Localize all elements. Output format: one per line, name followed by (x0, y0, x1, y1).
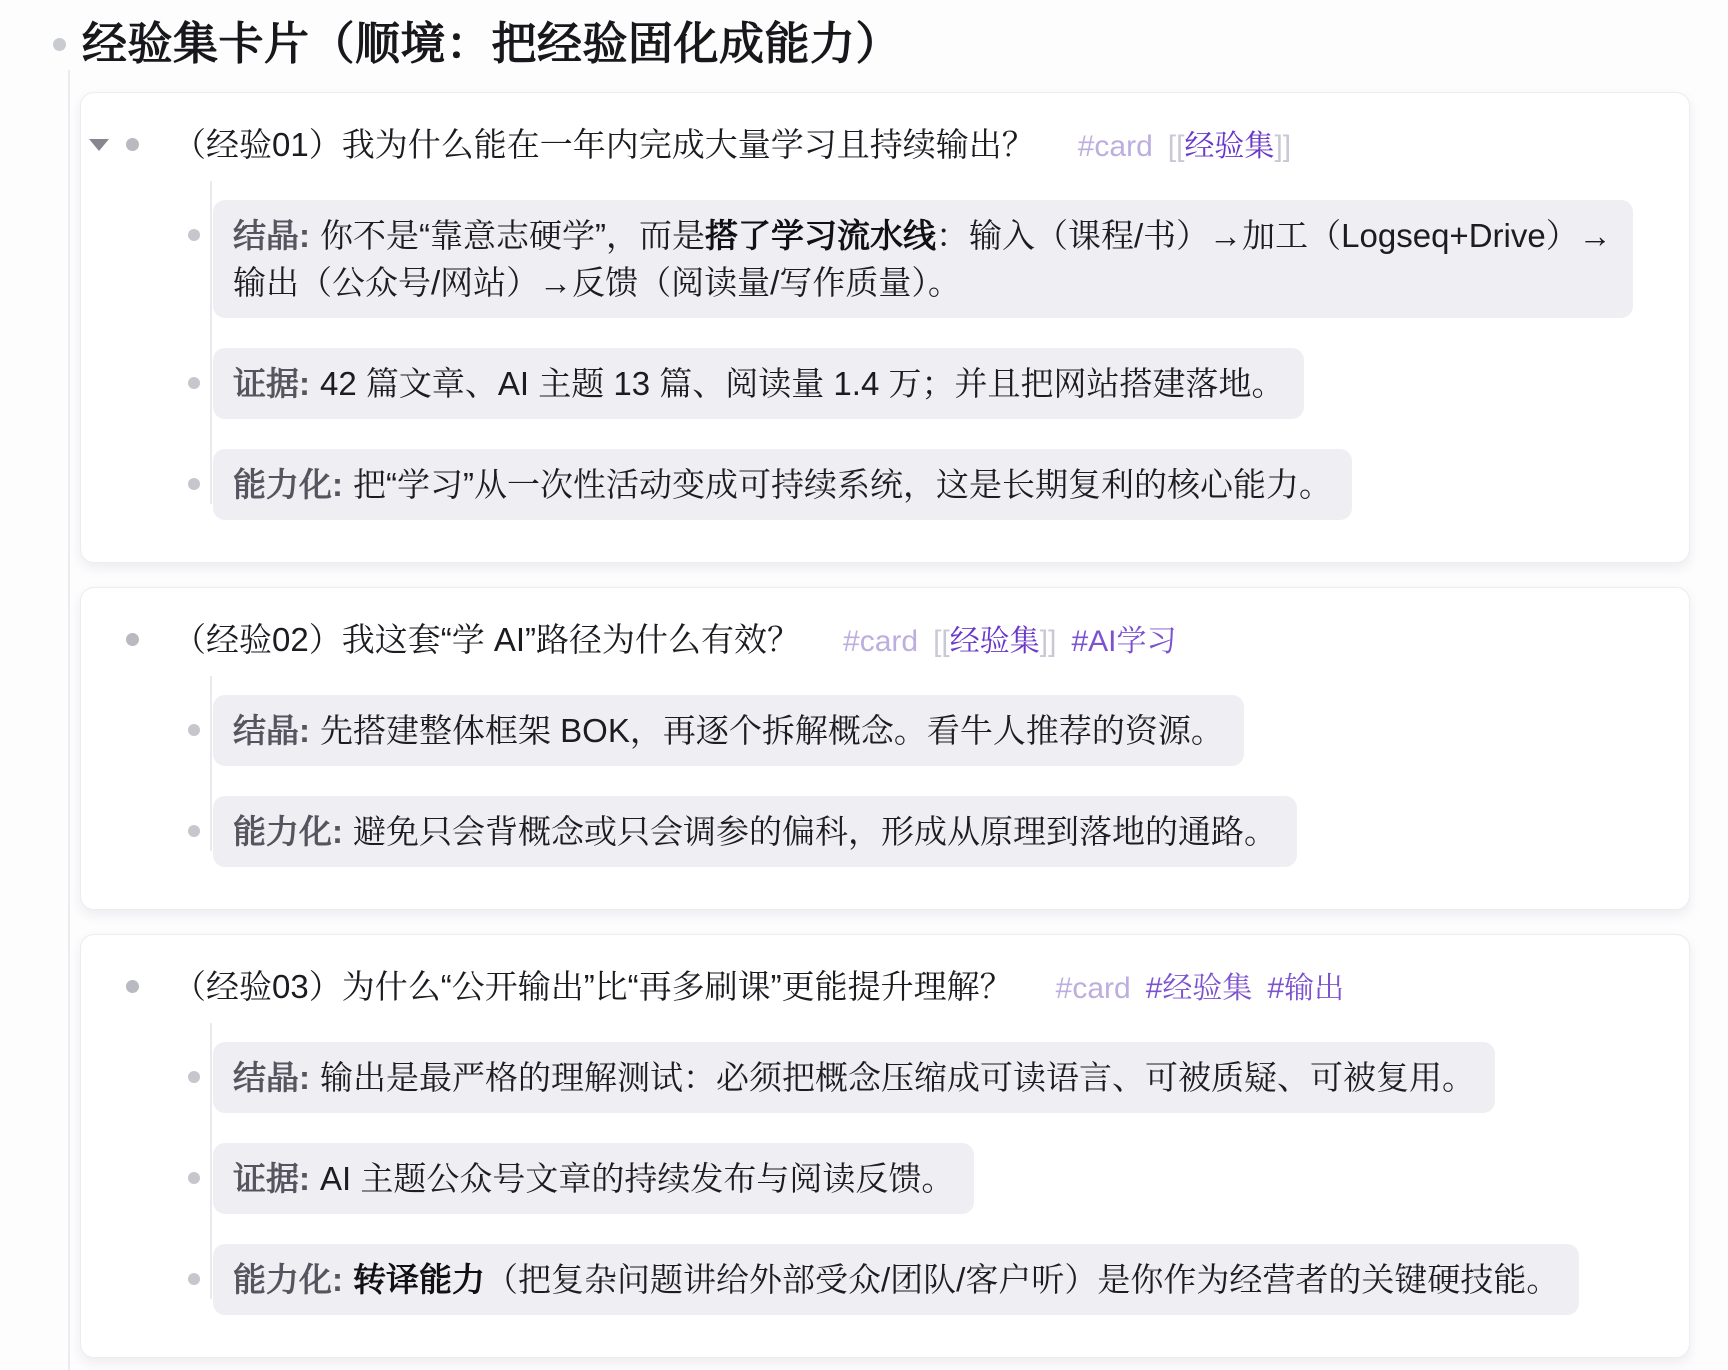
highlight-block[interactable]: 证据:AI 主题公众号文章的持续发布与阅读反馈。 (213, 1143, 974, 1214)
bullet-icon[interactable] (188, 1273, 200, 1285)
sub-block: 证据:42 篇文章、AI 主题 13 篇、阅读量 1.4 万；并且把网站搭建落地… (81, 348, 1689, 419)
tag-card[interactable]: #card (1056, 972, 1131, 1005)
block-guide-line (210, 181, 212, 504)
block-label: 证据: (233, 365, 310, 402)
bullet-icon[interactable] (188, 478, 200, 490)
bullet-slot (181, 229, 207, 241)
card-question: （经验02）我这套“学 AI”路径为什么有效？ (173, 621, 800, 658)
card-header-block[interactable]: （经验02）我这套“学 AI”路径为什么有效？#card[[经验集]]#AI学习 (81, 612, 1689, 665)
block-text: 把“学习”从一次性活动变成可持续系统，这是长期复利的核心能力。 (353, 466, 1332, 503)
bullet-icon[interactable] (188, 377, 200, 389)
open-brackets: [[ (933, 625, 950, 658)
bullet-icon[interactable] (53, 38, 66, 51)
highlight-block[interactable]: 结晶:输出是最严格的理解测试：必须把概念压缩成可读语言、可被质疑、可被复用。 (213, 1042, 1495, 1113)
highlight-block[interactable]: 能力化:避免只会背概念或只会调参的偏科，形成从原理到落地的通路。 (213, 796, 1297, 867)
card-question: （经验01）我为什么能在一年内完成大量学习且持续输出？ (173, 126, 1035, 163)
block-label: 结晶: (233, 712, 310, 749)
highlight-block[interactable]: 能力化:把“学习”从一次性活动变成可持续系统，这是长期复利的核心能力。 (213, 449, 1352, 520)
card-question: （经验03）为什么“公开输出”比“再多刷课”更能提升理解？ (173, 968, 1013, 1005)
block-label: 能力化: (233, 466, 343, 503)
block-guide-line (210, 676, 212, 851)
collapse-arrow-icon[interactable] (89, 139, 109, 151)
open-brackets: [[ (1168, 130, 1185, 163)
tag-link[interactable]: #输出 (1267, 972, 1344, 1005)
bullet-icon[interactable] (126, 980, 139, 993)
bullet-slot (181, 1172, 207, 1184)
block-text: 避免只会背概念或只会调参的偏科，形成从原理到落地的通路。 (353, 813, 1277, 850)
collapse-arrow-slot (81, 121, 117, 168)
close-brackets: ]] (1274, 130, 1291, 163)
sub-block: 证据:AI 主题公众号文章的持续发布与阅读反馈。 (81, 1143, 1689, 1214)
bullet-icon[interactable] (188, 229, 200, 241)
block-text: 42 篇文章、AI 主题 13 篇、阅读量 1.4 万；并且把网站搭建落地。 (320, 365, 1284, 402)
bullet-slot (117, 616, 147, 663)
bullet-slot (181, 478, 207, 490)
bullet-icon[interactable] (188, 1172, 200, 1184)
page-link[interactable]: 经验集 (950, 625, 1040, 658)
block-guide-line (210, 1023, 212, 1299)
page-title: 经验集卡片（顺境：把经验固化成能力） (82, 16, 901, 72)
tag-link[interactable]: #AI学习 (1071, 625, 1176, 658)
bullet-icon[interactable] (188, 1071, 200, 1083)
block-text: 先搭建整体框架 BOK，再逐个拆解概念。看牛人推荐的资源。 (320, 712, 1224, 749)
block-label: 能力化: (233, 813, 343, 850)
experience-card: （经验02）我这套“学 AI”路径为什么有效？#card[[经验集]]#AI学习… (80, 587, 1690, 910)
card-header-block[interactable]: （经验01）我为什么能在一年内完成大量学习且持续输出？#card[[经验集]] (81, 117, 1689, 170)
tag-card[interactable]: #card (843, 625, 918, 658)
sub-block: 结晶:你不是“靠意志硬学”，而是搭了学习流水线：输入（课程/书）→加工（Logs… (81, 200, 1689, 318)
sub-block: 能力化:把“学习”从一次性活动变成可持续系统，这是长期复利的核心能力。 (81, 449, 1689, 520)
block-label: 能力化: (233, 1261, 343, 1298)
experience-card: （经验01）我为什么能在一年内完成大量学习且持续输出？#card[[经验集]]结… (80, 92, 1690, 563)
block-text: 你不是“靠意志硬学”，而是 (320, 217, 705, 254)
bullet-slot (181, 1071, 207, 1083)
page-reference: [[经验集]] (1168, 130, 1291, 163)
page-reference: [[经验集]] (933, 625, 1056, 658)
highlight-block[interactable]: 结晶:你不是“靠意志硬学”，而是搭了学习流水线：输入（课程/书）→加工（Logs… (213, 200, 1633, 318)
bullet-slot (181, 724, 207, 736)
block-label: 结晶: (233, 1059, 310, 1096)
block-text: AI 主题公众号文章的持续发布与阅读反馈。 (320, 1160, 954, 1197)
block-label: 结晶: (233, 217, 310, 254)
sub-block: 能力化:避免只会背概念或只会调参的偏科，形成从原理到落地的通路。 (81, 796, 1689, 867)
block-text: 转译能力 (353, 1261, 485, 1298)
block-text: （把复杂问题讲给外部受众/团队/客户听）是你作为经营者的关键硬技能。 (485, 1261, 1559, 1298)
experience-card: （经验03）为什么“公开输出”比“再多刷课”更能提升理解？#card#经验集#输… (80, 934, 1690, 1358)
cards-container: （经验01）我为什么能在一年内完成大量学习且持续输出？#card[[经验集]]结… (0, 92, 1728, 1358)
tag-card[interactable]: #card (1078, 130, 1153, 163)
bullet-icon[interactable] (126, 633, 139, 646)
collapse-arrow-slot (81, 963, 117, 1010)
sub-block: 结晶:先搭建整体框架 BOK，再逐个拆解概念。看牛人推荐的资源。 (81, 695, 1689, 766)
highlight-block[interactable]: 能力化:转译能力（把复杂问题讲给外部受众/团队/客户听）是你作为经营者的关键硬技… (213, 1244, 1579, 1315)
sub-block: 能力化:转译能力（把复杂问题讲给外部受众/团队/客户听）是你作为经营者的关键硬技… (81, 1244, 1689, 1315)
bullet-icon[interactable] (188, 825, 200, 837)
bullet-icon[interactable] (188, 724, 200, 736)
tag-link[interactable]: #经验集 (1146, 972, 1253, 1005)
sub-block: 结晶:输出是最严格的理解测试：必须把概念压缩成可读语言、可被质疑、可被复用。 (81, 1042, 1689, 1113)
bullet-icon[interactable] (126, 138, 139, 151)
page-title-row: 经验集卡片（顺境：把经验固化成能力） (0, 0, 1728, 72)
card-header-block[interactable]: （经验03）为什么“公开输出”比“再多刷课”更能提升理解？#card#经验集#输… (81, 959, 1689, 1012)
bullet-slot (117, 121, 147, 168)
block-text: 输出是最严格的理解测试：必须把概念压缩成可读语言、可被质疑、可被复用。 (320, 1059, 1475, 1096)
card-question-line: （经验03）为什么“公开输出”比“再多刷课”更能提升理解？#card#经验集#输… (173, 963, 1649, 1012)
bullet-slot (181, 825, 207, 837)
bullet-slot (181, 377, 207, 389)
card-question-line: （经验02）我这套“学 AI”路径为什么有效？#card[[经验集]]#AI学习 (173, 616, 1649, 665)
highlight-block[interactable]: 结晶:先搭建整体框架 BOK，再逐个拆解概念。看牛人推荐的资源。 (213, 695, 1244, 766)
page-link[interactable]: 经验集 (1184, 130, 1274, 163)
bullet-slot (181, 1273, 207, 1285)
bullet-slot (117, 963, 147, 1010)
card-question-line: （经验01）我为什么能在一年内完成大量学习且持续输出？#card[[经验集]] (173, 121, 1649, 170)
outline-guide-line (68, 70, 70, 1370)
close-brackets: ]] (1040, 625, 1057, 658)
block-text: 搭了学习流水线 (705, 217, 936, 254)
highlight-block[interactable]: 证据:42 篇文章、AI 主题 13 篇、阅读量 1.4 万；并且把网站搭建落地… (213, 348, 1304, 419)
collapse-arrow-slot (81, 616, 117, 663)
block-label: 证据: (233, 1160, 310, 1197)
